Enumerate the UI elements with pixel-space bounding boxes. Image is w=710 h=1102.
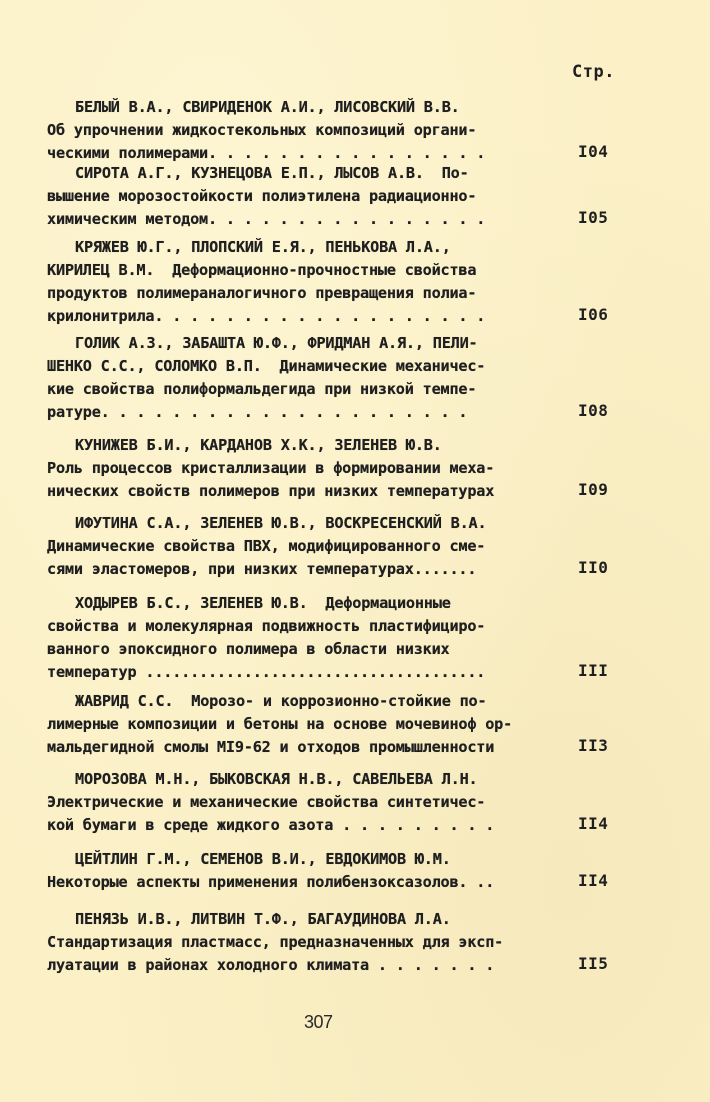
entry-title-line: Роль процессов кристаллизации в формиров…	[47, 457, 687, 480]
entry-title-line: свойства и молекулярная подвижность плас…	[47, 615, 687, 638]
entry-page-number: II4	[578, 814, 608, 833]
toc-entry: СИРОТА А.Г., КУЗНЕЦОВА Е.П., ЛЫСОВ А.В. …	[47, 162, 687, 231]
entry-page-number: II3	[578, 736, 608, 755]
entry-authors-line: ИФУТИНА С.А., ЗЕЛЕНЕВ Ю.В., ВОСКРЕСЕНСКИ…	[47, 512, 687, 535]
entry-authors-line: КУНИЖЕВ Б.И., КАРДАНОВ Х.К., ЗЕЛЕНЕВ Ю.В…	[47, 434, 687, 457]
toc-entry: КУНИЖЕВ Б.И., КАРДАНОВ Х.К., ЗЕЛЕНЕВ Ю.В…	[47, 434, 687, 503]
entry-authors-line: ГОЛИК А.З., ЗАБАШТА Ю.Ф., ФРИДМАН А.Я., …	[47, 332, 687, 355]
toc-entry: ХОДЫРЕВ Б.С., ЗЕЛЕНЕВ Ю.В. Деформационны…	[47, 592, 687, 684]
entry-title-line: вышение морозостойкости полиэтилена ради…	[47, 185, 687, 208]
entry-title-line: КИРИЛЕЦ В.М. Деформационно-прочностные с…	[47, 259, 687, 282]
page-column-header: Стр.	[572, 62, 615, 82]
entry-page-number: I04	[578, 142, 608, 161]
entry-page-number: III	[578, 661, 608, 680]
entry-page-number: I08	[578, 401, 608, 420]
document-page: Стр. БЕЛЫЙ В.А., СВИРИДЕНОК А.И., ЛИСОВС…	[0, 0, 710, 1102]
entry-authors-line: БЕЛЫЙ В.А., СВИРИДЕНОК А.И., ЛИСОВСКИЙ В…	[47, 96, 687, 119]
toc-entry: ГОЛИК А.З., ЗАБАШТА Ю.Ф., ФРИДМАН А.Я., …	[47, 332, 687, 424]
entry-authors-line: ПЕНЯЗЬ И.В., ЛИТВИН Т.Ф., БАГАУДИНОВА Л.…	[47, 908, 687, 931]
entry-title-line: лимерные композиции и бетоны на основе м…	[47, 713, 687, 736]
toc-entry: КРЯЖЕВ Ю.Г., ПЛОПСКИЙ Е.Я., ПЕНЬКОВА Л.А…	[47, 236, 687, 328]
entry-title-line: Динамические свойства ПВХ, модифицирован…	[47, 535, 687, 558]
entry-authors-line: СИРОТА А.Г., КУЗНЕЦОВА Е.П., ЛЫСОВ А.В. …	[47, 162, 687, 185]
toc-entry: БЕЛЫЙ В.А., СВИРИДЕНОК А.И., ЛИСОВСКИЙ В…	[47, 96, 687, 165]
entry-title-line: Об упрочнении жидкостекольных композиций…	[47, 119, 687, 142]
entry-authors-line: ХОДЫРЕВ Б.С., ЗЕЛЕНЕВ Ю.В. Деформационны…	[47, 592, 687, 615]
entry-page-number: I06	[578, 305, 608, 324]
entry-authors-line: ЦЕЙТЛИН Г.М., СЕМЕНОВ В.И., ЕВДОКИМОВ Ю.…	[47, 848, 687, 871]
toc-entry: ЖАВРИД С.С. Морозо- и коррозионно-стойки…	[47, 690, 687, 759]
entry-authors-line: МОРОЗОВА М.Н., БЫКОВСКАЯ Н.В., САВЕЛЬЕВА…	[47, 768, 687, 791]
entry-title-line: ШЕНКО С.С., СОЛОМКО В.П. Динамические ме…	[47, 355, 687, 378]
toc-entry: ЦЕЙТЛИН Г.М., СЕМЕНОВ В.И., ЕВДОКИМОВ Ю.…	[47, 848, 687, 894]
entry-title-line: Электрические и механические свойства си…	[47, 791, 687, 814]
entry-page-number: II4	[578, 871, 608, 890]
entry-page-number: II0	[578, 558, 608, 577]
entry-page-number: II5	[578, 954, 608, 973]
entry-authors-line: КРЯЖЕВ Ю.Г., ПЛОПСКИЙ Е.Я., ПЕНЬКОВА Л.А…	[47, 236, 687, 259]
entry-title-line: кие свойства полиформальдегида при низко…	[47, 378, 687, 401]
page-number-footer: 307	[304, 1012, 333, 1033]
entry-title-line: продуктов полимераналогичного превращени…	[47, 282, 687, 305]
toc-entry: МОРОЗОВА М.Н., БЫКОВСКАЯ Н.В., САВЕЛЬЕВА…	[47, 768, 687, 837]
entry-title-line: ванного эпоксидного полимера в области н…	[47, 638, 687, 661]
entry-authors-line: ЖАВРИД С.С. Морозо- и коррозионно-стойки…	[47, 690, 687, 713]
entry-page-number: I05	[578, 208, 608, 227]
toc-entry: ПЕНЯЗЬ И.В., ЛИТВИН Т.Ф., БАГАУДИНОВА Л.…	[47, 908, 687, 977]
entry-title-line: Стандартизация пластмасс, предназначенны…	[47, 931, 687, 954]
entry-page-number: I09	[578, 480, 608, 499]
toc-entry: ИФУТИНА С.А., ЗЕЛЕНЕВ Ю.В., ВОСКРЕСЕНСКИ…	[47, 512, 687, 581]
